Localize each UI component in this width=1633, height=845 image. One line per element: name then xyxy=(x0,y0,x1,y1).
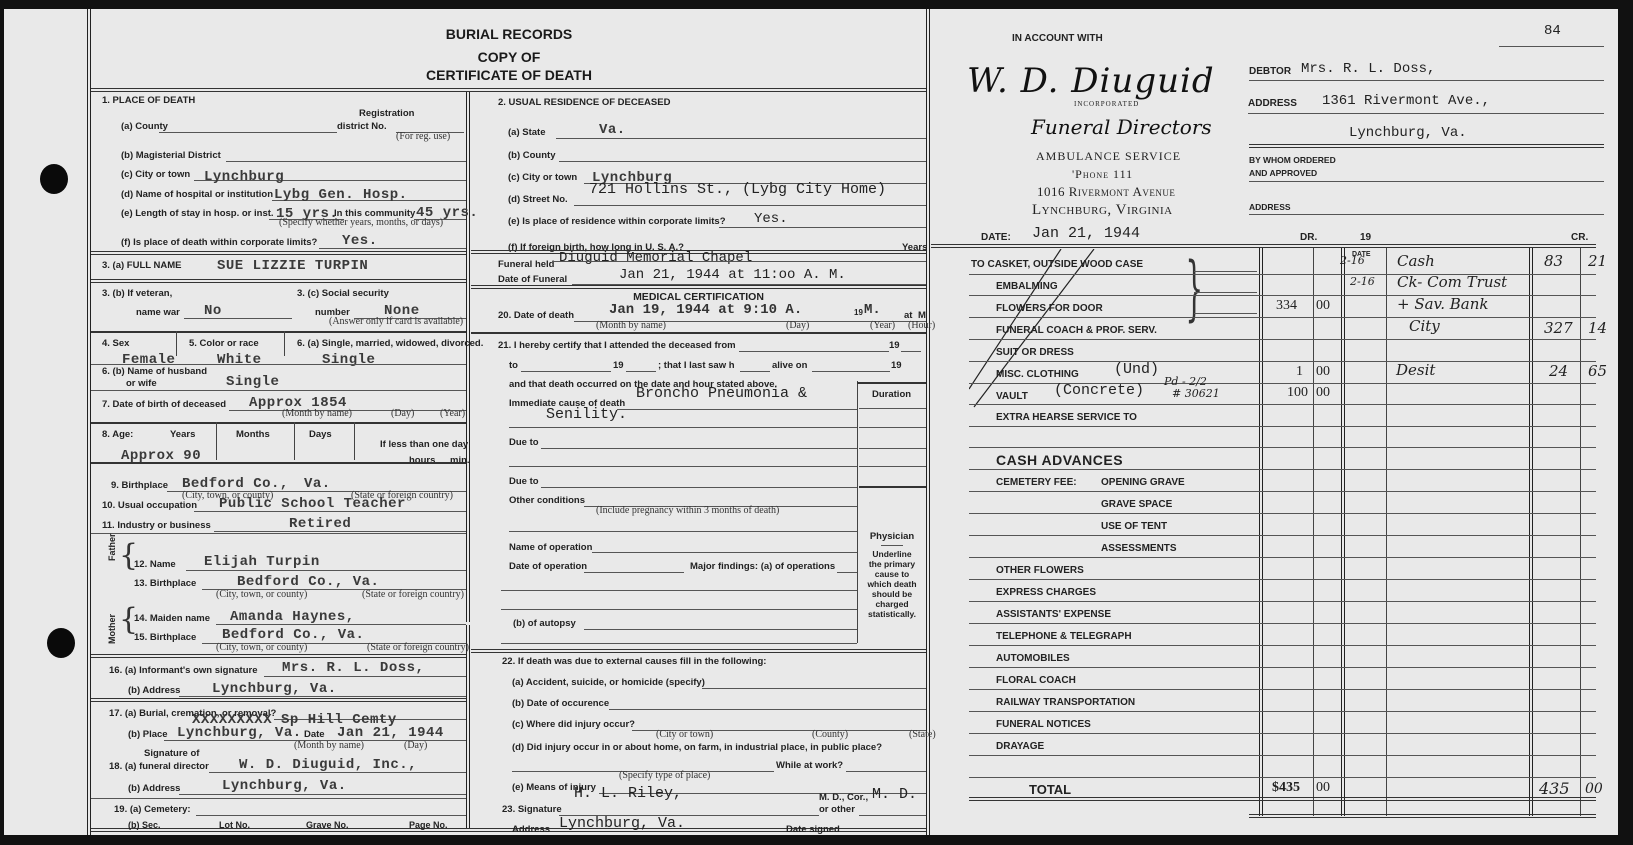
to-field[interactable] xyxy=(521,371,611,372)
from-field[interactable] xyxy=(739,351,889,352)
page-label: Page No. xyxy=(409,820,448,830)
row-line xyxy=(969,447,1596,448)
row-line xyxy=(969,733,1596,734)
debtor-field[interactable] xyxy=(1249,80,1604,81)
dod-year-note: (Year) xyxy=(870,320,895,331)
ordered-label1: BY WHOM ORDERED xyxy=(1249,155,1336,165)
findings-field-2[interactable] xyxy=(501,590,857,591)
autopsy-field[interactable] xyxy=(584,629,857,630)
county-label: (a) County xyxy=(121,121,168,132)
divider xyxy=(501,643,857,644)
marital-value: Single xyxy=(322,352,375,368)
center-divider xyxy=(926,9,930,835)
company-city: Lynchburg, Virginia xyxy=(1032,202,1173,219)
operation-date-field[interactable] xyxy=(584,572,684,573)
row-line xyxy=(969,667,1596,668)
total-line xyxy=(969,797,1596,801)
mother-birthplace-value: Bedford Co., Va. xyxy=(222,627,364,643)
res-county-field[interactable] xyxy=(559,161,926,162)
cr-amount-5: 24 xyxy=(1549,362,1568,380)
social-security-label: 3. (c) Social security xyxy=(297,288,389,299)
row-line xyxy=(969,404,1596,405)
divider xyxy=(91,331,466,333)
director-address-field[interactable] xyxy=(179,794,466,795)
due-to-label-2: Due to xyxy=(509,476,539,487)
place-type-note: (Specify type of place) xyxy=(619,770,710,781)
item-assessments: ASSESSMENTS xyxy=(1101,543,1177,554)
dob-year-note: (Year) xyxy=(440,408,465,419)
race-label: 5. Color or race xyxy=(189,338,259,349)
dr-amount-6: 100 xyxy=(1287,385,1308,401)
row-line xyxy=(969,579,1596,580)
punch-hole-bottom xyxy=(47,628,75,658)
informant-value: Mrs. R. L. Doss, xyxy=(282,660,424,676)
dr-cents-5: 00 xyxy=(1316,364,1330,380)
address-field[interactable] xyxy=(1248,113,1604,114)
state-value: Va. xyxy=(599,122,626,138)
injury-where-label: (c) Where did injury occur? xyxy=(512,719,635,730)
accident-field[interactable] xyxy=(702,688,926,689)
res-corporate-field[interactable] xyxy=(719,227,926,228)
duration-field-3[interactable] xyxy=(859,448,926,449)
debtor-label: DEBTOR xyxy=(1249,66,1291,77)
street-label: (d) Street No. xyxy=(508,194,568,205)
divider xyxy=(91,462,466,464)
cr-label: CR. xyxy=(1571,232,1588,243)
row-line xyxy=(969,361,1596,362)
director-label1: Signature of xyxy=(144,748,199,759)
title-field[interactable] xyxy=(859,815,926,816)
cr-desc-1: Ck- Com Trust xyxy=(1397,273,1507,291)
row-line xyxy=(969,426,1596,427)
physician-note-line: Underline xyxy=(857,549,927,559)
injury-place-label: (d) Did injury occur in or about home, o… xyxy=(512,742,882,753)
item-funeral-coach: FUNERAL COACH & PROF. SERV. xyxy=(996,325,1157,336)
reg-use-note: (For reg. use) xyxy=(396,131,450,142)
cr-desc-2: + Sav. Bank xyxy=(1397,295,1489,313)
informant-field[interactable] xyxy=(264,676,466,677)
item-assistants-expense: ASSISTANTS' EXPENSE xyxy=(996,609,1111,620)
phone-label: 'Phone 111 xyxy=(1072,167,1133,182)
while-at-work-label: While at work? xyxy=(776,760,843,771)
corporate-label: (f) Is place of death within corporate l… xyxy=(121,237,317,248)
accident-label: (a) Accident, suicide, or homicide (spec… xyxy=(512,677,705,688)
item-vault: VAULT xyxy=(996,391,1028,402)
item-automobiles: AUTOMOBILES xyxy=(996,653,1070,664)
duration-field-2[interactable] xyxy=(859,427,926,428)
cr-amount-3: 327 xyxy=(1544,319,1573,337)
father-state-note: (State or foreign country) xyxy=(362,589,464,600)
funeral-directors-label: Funeral Directors xyxy=(1031,115,1212,139)
item-suit-dress: SUIT OR DRESS xyxy=(996,347,1074,358)
cr-desc-5: Desit xyxy=(1396,361,1435,379)
to-19: 19 xyxy=(613,360,624,371)
row-line xyxy=(969,339,1596,340)
divider xyxy=(91,422,466,424)
address-field-2[interactable] xyxy=(1249,144,1604,148)
item-use-of-tent: USE OF TENT xyxy=(1101,521,1167,532)
address-label: ADDRESS xyxy=(1248,98,1297,109)
row-line xyxy=(969,513,1596,514)
dod-label: 20. Date of death xyxy=(498,310,574,321)
injury-county-note: (County) xyxy=(812,729,848,740)
dr-label: DR. xyxy=(1300,232,1317,243)
divider xyxy=(471,285,926,289)
burial-place-value: Lynchburg, Va. xyxy=(177,725,302,741)
ambulance-label: AMBULANCE SERVICE xyxy=(1036,149,1181,164)
in-account-with: IN ACCOUNT WITH xyxy=(1012,33,1103,44)
director-address-label: (b) Address xyxy=(128,783,180,794)
duration-label: Duration xyxy=(872,389,911,400)
cr-date-1: 2-16 xyxy=(1350,275,1375,288)
due-to-field-1b[interactable] xyxy=(509,466,857,467)
sex-label: 4. Sex xyxy=(102,338,129,349)
occurence-date-field[interactable] xyxy=(609,709,926,710)
marital-label: 6. (a) Single, married, widowed, divorce… xyxy=(297,338,483,349)
total-dr-cents: 00 xyxy=(1316,780,1330,796)
dr-amount-2: 334 xyxy=(1276,298,1297,314)
physician-address-label: Address xyxy=(512,824,550,835)
date-value: Jan 21, 1944 xyxy=(1032,225,1140,242)
funeral-date-value: Jan 21, 1944 at 11:oo A. M. xyxy=(619,267,846,283)
due-to-field-2[interactable] xyxy=(541,487,857,488)
alive-19: 19 xyxy=(891,360,902,371)
cemetery-label: 19. (a) Cemetery: xyxy=(114,804,191,815)
row-line xyxy=(969,317,1596,318)
row-line xyxy=(969,755,1596,756)
cell-divider xyxy=(294,422,295,460)
duration-field-1[interactable] xyxy=(859,408,926,409)
corporate-value: Yes. xyxy=(342,233,378,249)
column-divider-lower xyxy=(466,625,470,828)
item-flowers-door: FLOWERS FOR DOOR xyxy=(996,303,1103,314)
last-saw-field[interactable] xyxy=(740,371,770,372)
row-line xyxy=(969,557,1596,558)
row-line xyxy=(969,645,1596,646)
less-day-label: If less than one day xyxy=(380,439,468,450)
external-heading: 22. If death was due to external causes … xyxy=(502,656,766,667)
item-railway: RAILWAY TRANSPORTATION xyxy=(996,697,1135,708)
page-number: 84 xyxy=(1544,23,1561,39)
item-vault-note: (Concrete) xyxy=(1054,382,1144,399)
certify-19: 19 xyxy=(889,340,900,351)
immediate-cause-value2: Senility. xyxy=(546,406,627,423)
mother-birthplace-label: 15. Birthplace xyxy=(134,632,196,643)
item-embalming: EMBALMING xyxy=(996,281,1058,292)
divider xyxy=(91,654,466,658)
alive-on-label: alive on xyxy=(772,360,807,371)
father-name-field[interactable] xyxy=(186,570,466,571)
cell-divider xyxy=(176,331,177,356)
funeral-held-label: Funeral held xyxy=(498,259,554,270)
alive-on-field[interactable] xyxy=(812,371,890,372)
to-label: to xyxy=(509,360,518,371)
item-casket: TO CASKET, OUTSIDE WOOD CASE xyxy=(971,259,1143,270)
res-county-label: (b) County xyxy=(508,150,556,161)
full-name-label: 3. (a) FULL NAME xyxy=(102,260,182,271)
father-name-value: Elijah Turpin xyxy=(204,554,320,570)
punch-hole-top xyxy=(40,164,68,194)
ledger-col-divider xyxy=(1529,248,1533,816)
res-city-label: (c) City or town xyxy=(508,172,577,183)
column-divider-upper xyxy=(466,92,470,622)
physician-address-value: Lynchburg, Va. xyxy=(559,815,685,832)
total-cr-amount: 435 xyxy=(1539,779,1570,798)
name-war-value: No xyxy=(204,303,222,319)
page-number-line xyxy=(1499,46,1604,47)
grave-label: Grave No. xyxy=(306,820,349,830)
ordered-field[interactable] xyxy=(1249,181,1604,182)
informant-address-value: Lynchburg, Va. xyxy=(212,681,337,697)
dob-month-note: (Month by name) xyxy=(282,408,352,419)
dr-cents-6: 00 xyxy=(1316,385,1330,401)
dob-label: 7. Date of birth of deceased xyxy=(102,399,226,410)
ledger-top-border xyxy=(931,244,1596,248)
address2-label: ADDRESS xyxy=(1249,202,1291,212)
item-funeral-notices: FUNERAL NOTICES xyxy=(996,719,1091,730)
due-to-label: Due to xyxy=(509,437,539,448)
injury-city-note: (City or town) xyxy=(656,729,713,740)
cell-divider xyxy=(284,331,285,356)
row-line xyxy=(969,491,1596,492)
director-value: W. D. Diuguid, Inc., xyxy=(239,757,417,773)
residence-heading: 2. USUAL RESIDENCE OF DECEASED xyxy=(498,97,670,108)
cr-cents-3: 14 xyxy=(1588,319,1607,337)
res-corporate-label: (e) Is place of residence within corpora… xyxy=(508,216,726,227)
divider xyxy=(471,332,926,334)
burial-date-label: Date xyxy=(304,729,325,740)
industry-label: 11. Industry or business xyxy=(102,520,211,531)
date-signed-label: Date signed xyxy=(786,824,840,835)
item-misc-clothing: MISC. CLOTHING xyxy=(996,369,1079,380)
stay-note: (Specify whether years, months, or days) xyxy=(279,217,443,228)
divider xyxy=(91,798,466,799)
stay-label: (e) Length of stay in hosp. or inst. xyxy=(121,208,274,219)
age-years-label: Years xyxy=(170,429,195,440)
item-cemetery-fee: CEMETERY FEE: xyxy=(996,477,1077,488)
signature-label: 23. Signature xyxy=(502,804,562,815)
divider xyxy=(91,698,466,702)
address-value1: 1361 Rivermont Ave., xyxy=(1322,93,1490,109)
last-saw-label: ; that I last saw h xyxy=(658,360,735,371)
total-dr-amount: $435 xyxy=(1272,780,1300,796)
name-war-field[interactable] xyxy=(184,318,292,319)
incorporated-label: INCORPORATED xyxy=(1074,100,1139,108)
operation-field[interactable] xyxy=(592,552,857,553)
state-label: (a) State xyxy=(508,127,545,138)
dod-m-value: M. xyxy=(864,302,881,318)
ledger-col-divider xyxy=(1259,248,1263,816)
full-name-value: SUE LIZZIE TURPIN xyxy=(217,258,368,274)
certify-label: 21. I hereby certify that I attended the… xyxy=(498,340,736,351)
title-divider xyxy=(91,88,926,92)
mother-side-label: Mother xyxy=(107,614,117,644)
hospital-label: (d) Name of hospital or institution xyxy=(121,189,273,200)
total-cr-cents: 00 xyxy=(1585,781,1603,797)
spouse-label: 6. (b) Name of husband xyxy=(102,366,207,377)
occupation-value: Public School Teacher xyxy=(219,496,406,512)
district-no-label: district No. xyxy=(337,121,387,132)
cause-continued-field[interactable] xyxy=(509,427,857,428)
row-line xyxy=(969,777,1596,778)
age-label: 8. Age: xyxy=(102,429,133,440)
mother-state-note: (State or foreign country) xyxy=(367,642,469,653)
race-value: White xyxy=(217,352,262,368)
physician-note-line: the primary xyxy=(857,559,927,569)
hospital-value: Lybg Gen. Hosp. xyxy=(274,187,408,203)
item-misc-note: (Und) xyxy=(1114,361,1159,378)
sec-label: (b) Sec. xyxy=(128,820,161,830)
father-city-note: (City, town, or county) xyxy=(216,589,307,600)
company-address: 1016 Rivermont Avenue xyxy=(1037,184,1175,200)
father-side-label: Father xyxy=(107,533,117,561)
divider xyxy=(91,390,466,391)
cemetery-field[interactable] xyxy=(196,815,466,816)
divider xyxy=(91,251,466,255)
burial-month-note: (Month by name) xyxy=(294,740,364,751)
findings-field-3[interactable] xyxy=(501,609,857,610)
physician-signature-value: H. L. Riley, xyxy=(574,785,682,802)
nineteen-label: 19 xyxy=(1360,232,1371,243)
spouse-label2: or wife xyxy=(126,378,157,389)
duration-field-4[interactable] xyxy=(859,466,926,467)
other-conditions-field-2[interactable] xyxy=(509,531,857,532)
cr-desc-0: Cash xyxy=(1397,252,1435,270)
cr-cents-5: 65 xyxy=(1588,362,1607,380)
burial-day-note: (Day) xyxy=(404,740,427,751)
dr-cents-2: 00 xyxy=(1316,298,1330,314)
title-certificate-of-death: CERTIFICATE OF DEATH xyxy=(92,67,926,83)
birthplace-state-value: Va. xyxy=(304,476,331,492)
row-line xyxy=(969,469,1596,470)
dod-month-note: (Month by name) xyxy=(596,320,666,331)
while-at-work-field[interactable] xyxy=(846,771,926,772)
physician-note-line: cause to xyxy=(857,569,927,579)
other-conditions-label: Other conditions xyxy=(509,495,585,506)
operation-label: Name of operation xyxy=(509,542,592,553)
res-corporate-value: Yes. xyxy=(754,211,788,227)
row-line xyxy=(969,601,1596,602)
informant-address-label: (b) Address xyxy=(128,685,180,696)
city-label: (c) City or town xyxy=(121,169,190,180)
brace-line xyxy=(1194,292,1257,293)
autopsy-label: (b) of autopsy xyxy=(513,618,576,629)
age-months-label: Months xyxy=(236,429,270,440)
mother-city-note: (City, town, or county) xyxy=(216,642,307,653)
dob-day-note: (Day) xyxy=(391,408,414,419)
city-value: Lynchburg xyxy=(204,169,284,185)
cr-desc-3: City xyxy=(1409,317,1440,335)
row-line xyxy=(969,535,1596,536)
due-to-field-1[interactable] xyxy=(541,448,857,449)
physician-note-line: should be xyxy=(857,589,927,599)
row-line xyxy=(969,295,1596,296)
registration-label: Registration xyxy=(359,108,414,119)
address2-field[interactable] xyxy=(1249,214,1604,215)
total-label: TOTAL xyxy=(1029,782,1071,797)
father-name-label: 12. Name xyxy=(134,559,176,570)
vault-annotation-2: # 30621 xyxy=(1172,387,1220,400)
immediate-cause-field[interactable] xyxy=(617,409,857,410)
father-birthplace-value: Bedford Co., Va. xyxy=(237,574,379,590)
findings-label: Major findings: (a) of operations xyxy=(690,561,835,572)
funeral-held-field[interactable] xyxy=(552,261,926,262)
cash-advances-heading: CASH ADVANCES xyxy=(996,452,1123,468)
item-telephone: TELEPHONE & TELEGRAPH xyxy=(996,631,1132,642)
dr-amount-5: 1 xyxy=(1296,364,1303,380)
director-label2: 18. (a) funeral director xyxy=(109,761,209,772)
divider xyxy=(91,279,466,283)
row-line xyxy=(969,623,1596,624)
min-label: min. xyxy=(450,455,470,466)
date-label: DATE: xyxy=(981,232,1011,243)
physician-note-line: statistically. xyxy=(857,609,927,619)
brace-line xyxy=(1194,271,1257,272)
title-burial-records: BURIAL RECORDS xyxy=(92,26,926,42)
lot-label: Lot No. xyxy=(219,820,250,830)
street-field[interactable] xyxy=(574,205,926,206)
ledger-col-divider xyxy=(1580,248,1581,816)
divider xyxy=(881,545,903,546)
row-line xyxy=(969,711,1596,712)
md-value: M. D. xyxy=(872,786,917,803)
item-floral-coach: FLORAL COACH xyxy=(996,675,1076,686)
informant-label: 16. (a) Informant's own signature xyxy=(109,665,257,676)
county-field[interactable] xyxy=(159,132,337,133)
physician-note-line: which death xyxy=(857,579,927,589)
company-logo: W. D. Diuguid xyxy=(967,61,1215,101)
cell-divider xyxy=(216,422,217,460)
magisterial-label: (b) Magisterial District xyxy=(121,150,221,161)
debtor-value: Mrs. R. L. Doss, xyxy=(1301,61,1435,77)
immediate-cause-value: Broncho Pneumonia & xyxy=(636,385,807,402)
ss-note: (Answer only if card is available) xyxy=(329,316,463,327)
ledger-bottom-line xyxy=(1249,814,1596,818)
ledger-col-divider xyxy=(1313,248,1314,816)
row-line xyxy=(969,689,1596,690)
physician-note-line: charged xyxy=(857,599,927,609)
state-field[interactable] xyxy=(556,138,926,139)
to-year-field[interactable] xyxy=(626,371,656,372)
mother-name-label: 14. Maiden name xyxy=(134,613,210,624)
burial-date-value: Jan 21, 1944 xyxy=(337,725,444,741)
occupation-label: 10. Usual occupation xyxy=(102,500,197,511)
item-express-charges: EXPRESS CHARGES xyxy=(996,587,1096,598)
md-label: M. D., Cor., xyxy=(819,792,868,803)
item-opening-grave: OPENING GRAVE xyxy=(1101,477,1185,488)
mother-name-value: Amanda Haynes, xyxy=(230,609,355,625)
burial-place-label: (b) Place xyxy=(128,729,168,740)
divider xyxy=(471,649,926,653)
ledger-col-divider xyxy=(1386,248,1387,816)
industry-value: Retired xyxy=(289,516,351,532)
title-copy-of: COPY OF xyxy=(92,49,926,65)
hours-label: hours xyxy=(409,455,435,466)
veteran-label: 3. (b) If veteran, xyxy=(102,288,172,299)
from-year-field[interactable] xyxy=(901,351,921,352)
other-conditions-note: (Include pregnancy within 3 months of de… xyxy=(596,505,779,516)
operation-date-label: Date of operation xyxy=(509,561,587,572)
dod-day-note: (Day) xyxy=(786,320,809,331)
magisterial-field[interactable] xyxy=(226,161,466,162)
father-birthplace-label: 13. Birthplace xyxy=(134,578,196,589)
spouse-value: Single xyxy=(226,374,279,390)
findings-field[interactable] xyxy=(837,572,857,573)
item-other-flowers: OTHER FLOWERS xyxy=(996,565,1084,576)
funeral-date-label: Date of Funeral xyxy=(498,274,567,285)
cr-cents-0: 21 xyxy=(1588,252,1607,270)
burial-record-page: BURIAL RECORDS COPY OF CERTIFICATE OF DE… xyxy=(4,9,1618,835)
